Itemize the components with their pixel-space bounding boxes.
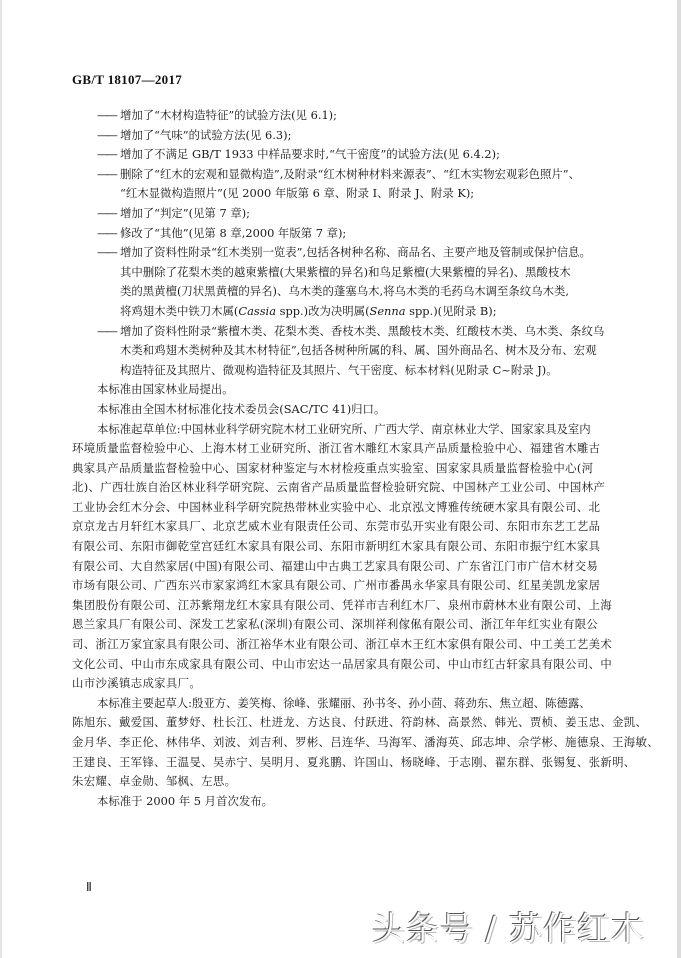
change-item: ——删除了“红木的宏观和显微构造”,及附录“红木树种材料来源表”、“红木实物宏观… [72, 165, 602, 185]
change-item: ——修改了“其他”(见第 8 章,2000 年版第 7 章); [72, 224, 602, 244]
document-body: ——增加了“木材构造特征”的试验方法(见 6.1); ——增加了“气味”的试验方… [72, 106, 602, 811]
change-item-continuation: 将鸡翅木类中铁刀木属(Cassia spp.)改为决明属(Senna spp.)… [72, 302, 602, 322]
em-dash: —— [97, 106, 120, 126]
change-item: ——增加了“判定”(见第 7 章); [72, 204, 602, 224]
page-edge-right [677, 0, 681, 958]
em-dash: —— [97, 243, 120, 263]
paragraph-first-published: 本标准于 2000 年 5 月首次发布。 [72, 792, 602, 812]
genus-cassia: Cassia [238, 304, 276, 318]
page-edge-left [0, 0, 2, 958]
standard-number-header: GB/T 18107—2017 [72, 72, 182, 88]
change-item-continuation: 类的黑黄檀(刀状黑黄檀的异名)、乌木类的蓬塞乌木,将乌木类的毛药乌木调至条纹乌木… [72, 282, 602, 302]
change-item: ——增加了“气味”的试验方法(见 6.3); [72, 126, 602, 146]
em-dash: —— [97, 126, 120, 146]
change-item: ——增加了“木材构造特征”的试验方法(见 6.1); [72, 106, 602, 126]
page-number: Ⅱ [86, 880, 92, 895]
change-item: ——增加了资料性附录“紫檀木类、花梨木类、香枝木类、黑酸枝木类、红酸枝木类、乌木… [72, 322, 602, 342]
change-item-continuation: 木类和鸡翅木类树种及其木材特征”,包括各树种所属的科、属、国外商品名、树木及分布… [72, 341, 602, 361]
em-dash: —— [97, 165, 120, 185]
paragraph-drafting-units: 本标准起草单位:中国林业科学研究院木材工业研究所、广西大学、南京林业大学、国家家… [72, 420, 602, 694]
change-item: ——增加了不满足 GB/T 1933 中样品要求时,“气干密度”的试验方法(见 … [72, 145, 602, 165]
em-dash: —— [97, 145, 120, 165]
change-item-continuation: 构造特征及其照片、微观构造特征及其照片、气干密度、标本材料(见附录 C~附录 J… [72, 361, 602, 381]
em-dash: —— [97, 322, 120, 342]
change-item: ——增加了资料性附录“红木类别一览表”,包括各树种名称、商品名、主要产地及管制或… [72, 243, 602, 263]
watermark: 头条号 / 苏作红木 [372, 903, 645, 950]
change-item-continuation: “红木显微构造照片”(见 2000 年版第 6 章、附录 I、附录 J、附录 K… [72, 184, 602, 204]
genus-senna: Senna [370, 304, 406, 318]
paragraph-drafters: 本标准主要起草人:殷亚方、姜笑梅、徐峰、张耀丽、孙书冬、孙小茴、蒋劲东、焦立超、… [72, 694, 602, 792]
em-dash: —— [97, 224, 120, 244]
change-item-continuation: 其中删除了花梨木类的越柬紫檀(大果紫檀的异名)和鸟足紫檀(大果紫檀的异名)、黑酸… [72, 263, 602, 283]
paragraph-proposed-by: 本标准由国家林业局提出。 [72, 380, 602, 400]
paragraph-managed-by: 本标准由全国木材标准化技术委员会(SAC/TC 41)归口。 [72, 400, 602, 420]
em-dash: —— [97, 204, 120, 224]
